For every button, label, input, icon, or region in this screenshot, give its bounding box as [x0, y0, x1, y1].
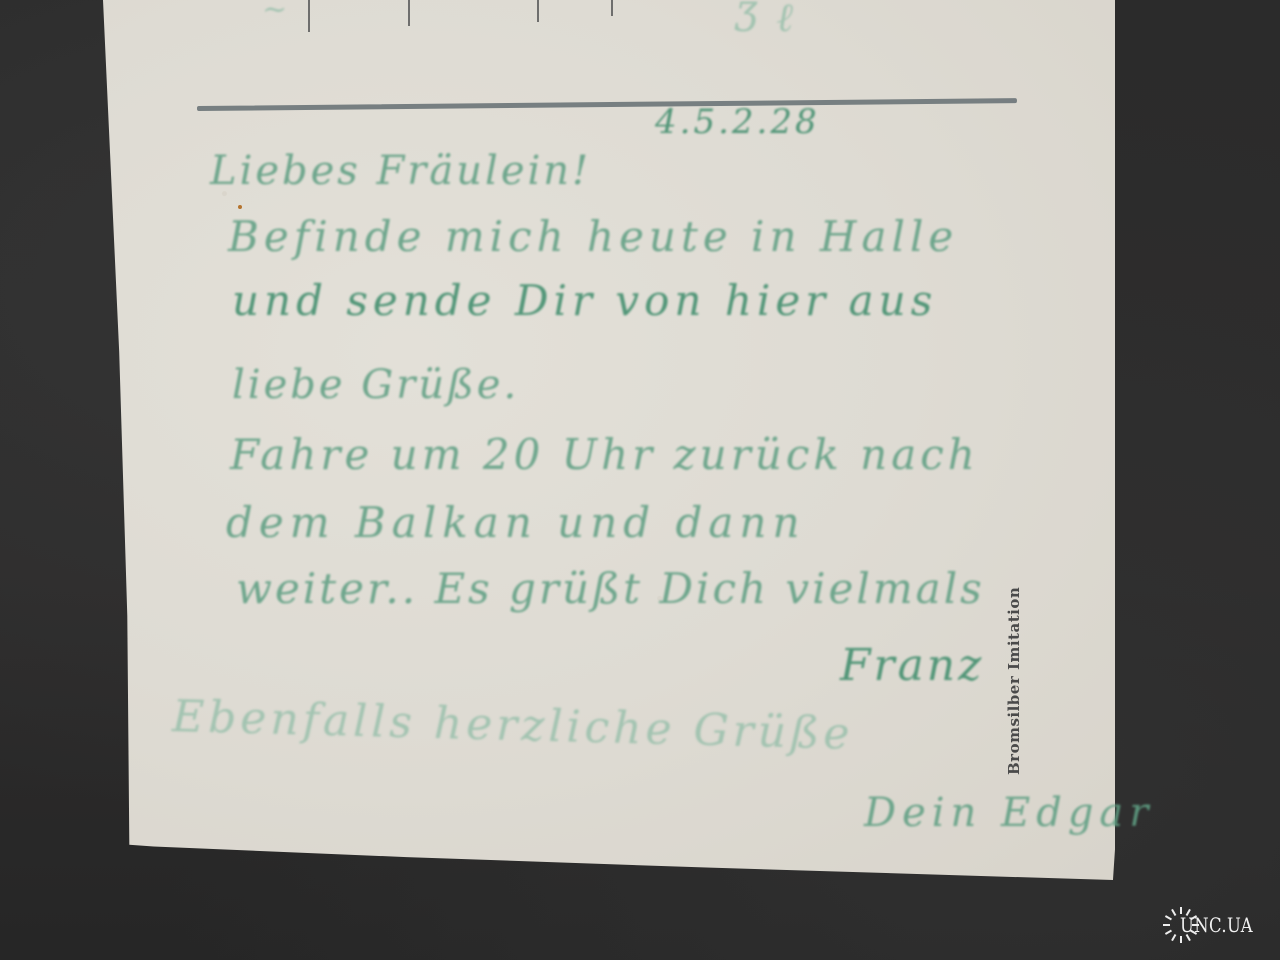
watermark-text: UNC.UA	[1180, 913, 1253, 937]
stamp-box-tick	[537, 0, 539, 22]
stamp-box-tick	[408, 0, 410, 26]
handwriting-fragment: ~	[262, 0, 290, 27]
handwritten-line-7: weiter.. Es grüßt Dich vielmals	[236, 564, 985, 613]
handwritten-line-2: Befinde mich heute in Halle	[228, 212, 958, 261]
handwritten-line-5: Fahre um 20 Uhr zurück nach	[230, 430, 979, 479]
handwritten-line-6: dem Balkan und dann	[226, 498, 806, 547]
printed-imprint: Bromsilber Imitation	[1005, 587, 1023, 775]
postcard-date: 4.5.2.28	[655, 102, 820, 142]
handwritten-line-4: liebe Grüße.	[232, 362, 519, 408]
handwritten-signature: Franz	[840, 640, 984, 691]
paper-stain	[238, 205, 242, 209]
handwritten-line-1: Liebes Fräulein!	[210, 148, 591, 194]
stamp-box-tick	[611, 0, 613, 16]
watermark: UNC.UA	[1166, 903, 1269, 947]
handwriting-fragment: Ʒ ℓ	[735, 0, 796, 41]
handwritten-postscript-signature: Dein Edgar	[864, 790, 1154, 836]
stamp-box-tick	[308, 0, 310, 32]
handwritten-line-3: und sende Dir von hier aus	[232, 276, 937, 325]
